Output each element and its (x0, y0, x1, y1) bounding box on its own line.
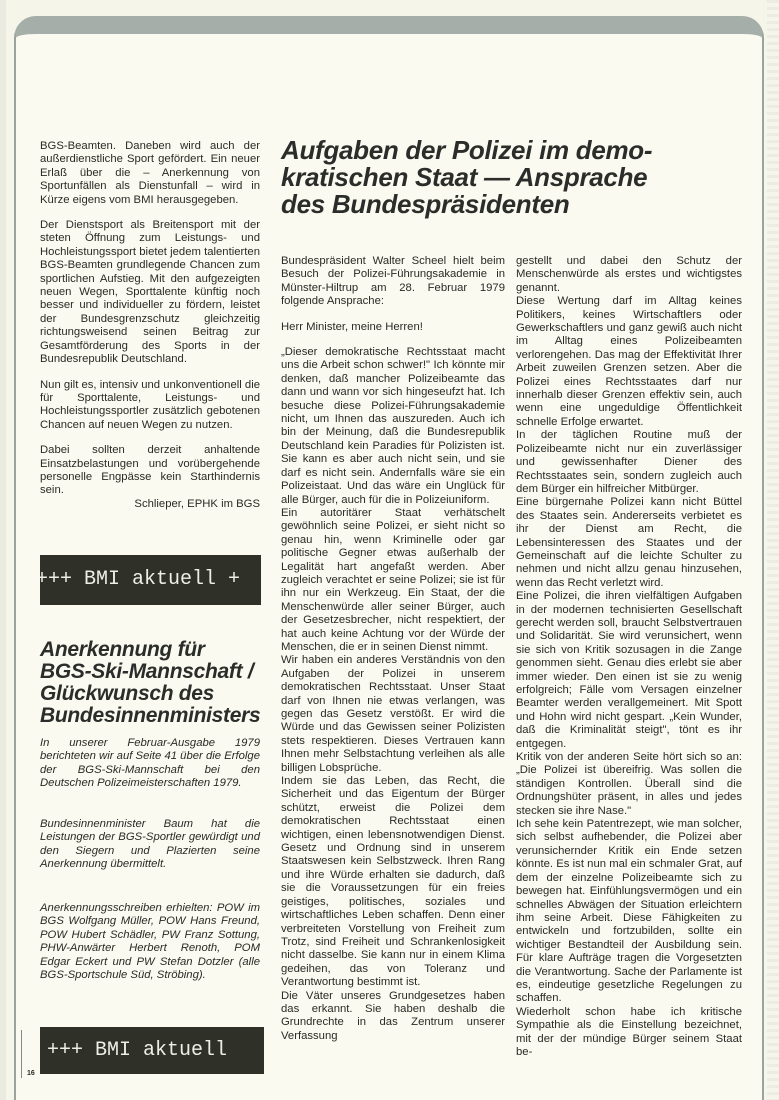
middle-column: Bundespräsident Walter Scheel hielt beim… (281, 255, 505, 1043)
body-paragraph: In der täglichen Routine muß der Polizei… (516, 429, 742, 496)
left-paragraph: Nun gilt es, intensiv und unkonventionel… (40, 379, 260, 433)
headline-line: Aufgaben der Polizei im demo- (281, 137, 721, 164)
ski-article-headline: Anerkennung für BGS-Ski-Mannschaft / Glü… (40, 639, 290, 727)
main-article-headline: Aufgaben der Polizei im demo- kratischen… (281, 137, 721, 218)
body-paragraph: „Dieser demokratische Rechtsstaat macht … (281, 346, 505, 507)
author-signature: Schlieper, EPHK im BGS (40, 498, 260, 511)
ski-article-paragraph: Anerkennungsschreiben erhielten: POW im … (40, 902, 260, 982)
body-paragraph: gestellt und dabei den Schutz der Mensch… (516, 255, 742, 295)
left-paragraph: Der Dienstsport als Breitensport mit der… (40, 219, 260, 366)
headline-line: Bundesinnenministers (40, 705, 290, 727)
body-paragraph: Wiederholt schon habe ich kritische Symp… (516, 1006, 742, 1060)
left-paragraph: BGS-Beamten. Daneben wird auch der außer… (40, 140, 260, 207)
headline-line: kratischen Staat — Ansprache (281, 164, 721, 191)
body-paragraph: Eine Polizei, die ihren vielfältigen Auf… (516, 590, 742, 751)
body-paragraph: Die Väter unseres Grundgesetzes haben da… (281, 990, 505, 1044)
headline-line: des Bundespräsidenten (281, 191, 721, 218)
intro-paragraph: Bundespräsident Walter Scheel hielt beim… (281, 255, 505, 309)
headline-line: Glückwunsch des (40, 683, 290, 705)
body-paragraph: Ich sehe kein Patentrezept, wie man solc… (516, 818, 742, 1006)
body-paragraph: Indem sie das Leben, das Recht, die Sich… (281, 775, 505, 990)
adjacent-page-edge (767, 0, 779, 1100)
page-number: 16 (27, 1070, 35, 1077)
bmi-aktuell-banner: +++ BMI aktuell + (40, 555, 261, 605)
headline-line: BGS-Ski-Mannschaft / (40, 661, 290, 683)
left-paragraph: Dabei sollten derzeit anhaltende Einsatz… (40, 444, 260, 498)
salutation: Herr Minister, meine Herren! (281, 321, 505, 334)
ski-article-paragraph: In unserer Februar-Ausgabe 1979 berichte… (40, 737, 260, 791)
body-paragraph: Wir haben ein anderes Verständnis von de… (281, 654, 505, 775)
left-column: BGS-Beamten. Daneben wird auch der außer… (40, 140, 260, 511)
body-paragraph: Kritik von der anderen Seite hört sich s… (516, 751, 742, 818)
body-paragraph: Eine bürgernahe Polizei kann nicht Bütte… (516, 496, 742, 590)
bmi-aktuell-banner: +++ BMI aktuell (40, 1027, 264, 1074)
ski-article-paragraph: Bundesinnenminister Baum hat die Leistun… (40, 818, 260, 872)
page-rule (21, 1030, 22, 1078)
right-column: gestellt und dabei den Schutz der Mensch… (516, 255, 742, 1059)
page-left-edge (0, 0, 6, 1100)
body-paragraph: Ein autoritärer Staat verhätschelt gewöh… (281, 507, 505, 654)
headline-line: Anerkennung für (40, 639, 290, 661)
body-paragraph: Diese Wertung darf im Alltag keines Poli… (516, 295, 742, 429)
